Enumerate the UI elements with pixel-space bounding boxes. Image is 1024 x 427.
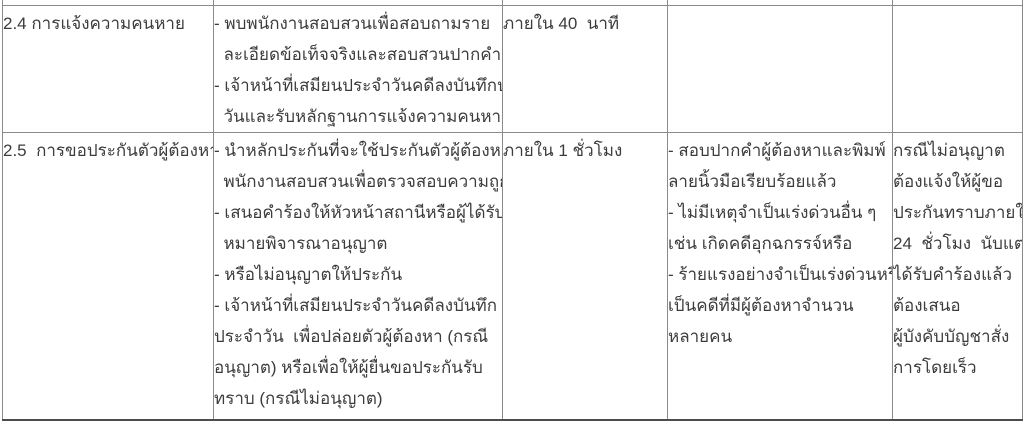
cell-duration: ภายใน 1 ชั่วโมง (503, 133, 668, 421)
cell-line: หลายคน (668, 321, 890, 352)
cell-line: ได้รับคำร้องแล้ว (893, 259, 1020, 290)
cell-remark: กรณีไม่อนุญาตต้องแจ้งให้ผู้ขอประกันทราบภ… (893, 133, 1023, 421)
cell-line: ละเอียดข้อเท็จจริงและสอบสวนปากคำ (214, 39, 500, 70)
service-procedure-table: 2.4 การแจ้งความคนหาย - พบพนักงานสอบสวนเพ… (2, 0, 1023, 421)
cell-line: ทราบ (กรณีไม่อนุญาต) (214, 383, 500, 414)
duration-text: ภายใน 40 นาที (503, 8, 665, 39)
cell-topic: 2.4 การแจ้งความคนหาย (3, 6, 214, 133)
cell-line: พนักงานสอบสวนเพื่อตรวจสอบความถูกต้อง (214, 166, 500, 197)
cell-procedure: - พบพนักงานสอบสวนเพื่อสอบถามราย ละเอียดข… (214, 6, 503, 133)
cell-procedure: - นำหลักประกันที่จะใช้ประกันตัวผู้ต้องหา… (214, 133, 503, 421)
cell-line: เช่น เกิดคดีอุกฉกรรจ์หรือ (668, 228, 890, 259)
cell-line: ผู้บังคับบัญชาสั่ง (893, 321, 1020, 352)
table-row-2-5: 2.5 การขอประกันตัวผู้ต้องหา - นำหลักประก… (3, 133, 1023, 421)
cell-line: - นำหลักประกันที่จะใช้ประกันตัวผู้ต้องหา… (214, 135, 500, 166)
cell-topic: 2.5 การขอประกันตัวผู้ต้องหา (3, 133, 214, 421)
cell-line: ต้องแจ้งให้ผู้ขอ (893, 166, 1020, 197)
cell-line: - พบพนักงานสอบสวนเพื่อสอบถามราย (214, 8, 500, 39)
cell-line: - เสนอคำร้องให้หัวหน้าสถานีหรือผู้ได้รับ… (214, 197, 500, 228)
cell-line: อนุญาต) หรือเพื่อให้ผู้ยื่นขอประกันรับ (214, 352, 500, 383)
cell-line: ต้องเสนอ (893, 290, 1020, 321)
cell-line: วันและรับหลักฐานการแจ้งความคนหาย (214, 101, 500, 132)
cell-conditions: - สอบปากคำผู้ต้องหาและพิมพ์ลายนิ้วมือเรี… (668, 133, 893, 421)
cell-line: ประจำวัน เพื่อปล่อยตัวผู้ต้องหา (กรณี (214, 321, 500, 352)
cell-line: - หรือไม่อนุญาตให้ประกัน (214, 259, 500, 290)
topic-text: 2.5 การขอประกันตัวผู้ต้องหา (3, 135, 211, 166)
cell-line: - เจ้าหน้าที่เสมียนประจำวันคดีลงบันทึกปร… (214, 70, 500, 101)
table-row-2-4: 2.4 การแจ้งความคนหาย - พบพนักงานสอบสวนเพ… (3, 6, 1023, 133)
cell-line: - ร้ายแรงอย่างจำเป็นเร่งด่วนหรือ (668, 259, 890, 290)
cell-line: การโดยเร็ว (893, 352, 1020, 383)
cell-remark (893, 6, 1023, 133)
cell-line: - ไม่มีเหตุจำเป็นเร่งด่วนอื่น ๆ (668, 197, 890, 228)
duration-text: ภายใน 1 ชั่วโมง (503, 135, 665, 166)
cell-line: เป็นคดีที่มีผู้ต้องหาจำนวน (668, 290, 890, 321)
cell-line: ลายนิ้วมือเรียบร้อยแล้ว (668, 166, 890, 197)
cell-line: - เจ้าหน้าที่เสมียนประจำวันคดีลงบันทึก (214, 290, 500, 321)
cell-line: - สอบปากคำผู้ต้องหาและพิมพ์ (668, 135, 890, 166)
cell-line: ประกันทราบภายใน (893, 197, 1020, 228)
cell-line: กรณีไม่อนุญาต (893, 135, 1020, 166)
cell-duration: ภายใน 40 นาที (503, 6, 668, 133)
topic-text: 2.4 การแจ้งความคนหาย (3, 8, 211, 39)
cell-conditions (668, 6, 893, 133)
cell-line: หมายพิจารณาอนุญาต (214, 228, 500, 259)
document-table-fragment: 2.4 การแจ้งความคนหาย - พบพนักงานสอบสวนเพ… (0, 0, 1024, 427)
cell-line: 24 ชั่วโมง นับแต่ (893, 228, 1020, 259)
